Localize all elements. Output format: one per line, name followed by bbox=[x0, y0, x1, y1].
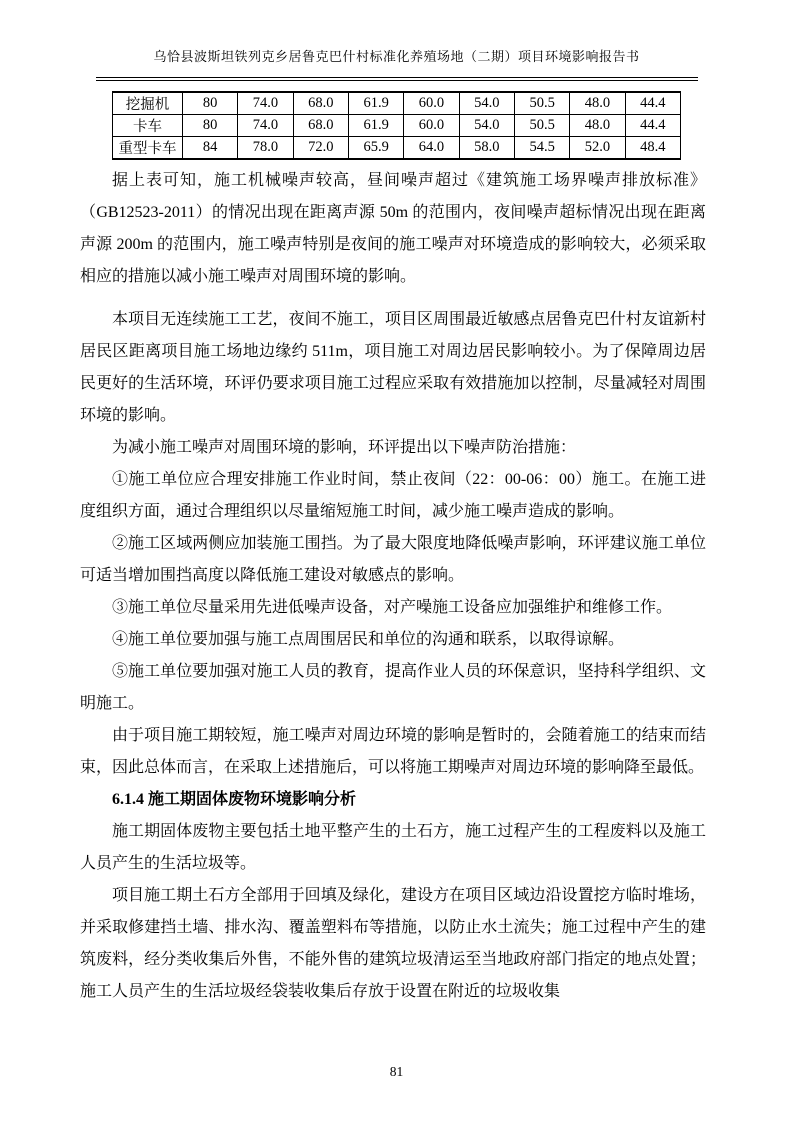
table-cell: 64.0 bbox=[404, 137, 459, 160]
table-cell: 68.0 bbox=[293, 115, 348, 137]
table-cell: 80 bbox=[183, 115, 238, 137]
paragraph-solid-waste-types: 施工期固体废物主要包括土地平整产生的土石方，施工过程产生的工程废料以及施工人员产… bbox=[80, 816, 706, 880]
table-cell: 74.0 bbox=[238, 115, 293, 137]
table-cell: 68.0 bbox=[293, 92, 348, 115]
table-cell: 48.0 bbox=[570, 115, 625, 137]
paragraph-measure-3: ③施工单位尽量采用先进低噪声设备，对产噪施工设备应加强维护和维修工作。 bbox=[80, 592, 706, 624]
table-cell: 48.0 bbox=[570, 92, 625, 115]
paragraph-measure-5: ⑤施工单位要加强对施工人员的教育，提高作业人员的环保意识，坚持科学组织、文明施工… bbox=[80, 656, 706, 720]
table-cell: 54.0 bbox=[459, 92, 514, 115]
table-cell: 50.5 bbox=[514, 92, 569, 115]
table-cell: 58.0 bbox=[459, 137, 514, 160]
table-cell: 48.4 bbox=[625, 137, 680, 160]
paragraph-solid-waste-disposal: 项目施工期土石方全部用于回填及绿化，建设方在项目区域边沿设置挖方临时堆场，并采取… bbox=[80, 880, 706, 1008]
table-cell: 60.0 bbox=[404, 92, 459, 115]
paragraph-measure-1: ①施工单位应合理安排施工作业时间，禁止夜间（22：00-06：00）施工。在施工… bbox=[80, 464, 706, 528]
table-row-truck: 卡车 80 74.0 68.0 61.9 60.0 54.0 50.5 48.0… bbox=[113, 115, 681, 137]
table-cell-label: 挖掘机 bbox=[113, 92, 183, 115]
table-cell: 84 bbox=[183, 137, 238, 160]
table-cell: 54.0 bbox=[459, 115, 514, 137]
table-cell-label: 卡车 bbox=[113, 115, 183, 137]
noise-attenuation-table: 挖掘机 80 74.0 68.0 61.9 60.0 54.0 50.5 48.… bbox=[112, 91, 681, 160]
table-cell: 80 bbox=[183, 92, 238, 115]
document-page: 乌恰县波斯坦铁列克乡居鲁克巴什村标准化养殖场地（二期）项目环境影响报告书 挖掘机… bbox=[0, 0, 793, 1122]
paragraph-project-schedule: 本项目无连续施工工艺，夜间不施工，项目区周围最近敏感点居鲁克巴什村友谊新村居民区… bbox=[80, 304, 706, 432]
table-cell-label: 重型卡车 bbox=[113, 137, 183, 160]
table-cell: 54.5 bbox=[514, 137, 569, 160]
section-heading-6-1-4: 6.1.4 施工期固体废物环境影响分析 bbox=[80, 784, 706, 816]
header-double-rule bbox=[96, 77, 698, 81]
table-cell: 44.4 bbox=[625, 115, 680, 137]
table-cell: 72.0 bbox=[293, 137, 348, 160]
table-cell: 60.0 bbox=[404, 115, 459, 137]
table-cell: 78.0 bbox=[238, 137, 293, 160]
paragraph-measure-2: ②施工区域两侧应加装施工围挡。为了最大限度地降低噪声影响，环评建议施工单位可适当… bbox=[80, 528, 706, 592]
table-cell: 74.0 bbox=[238, 92, 293, 115]
table-row-heavy-truck: 重型卡车 84 78.0 72.0 65.9 64.0 58.0 54.5 52… bbox=[113, 137, 681, 160]
table-cell: 50.5 bbox=[514, 115, 569, 137]
report-header-title: 乌恰县波斯坦铁列克乡居鲁克巴什村标准化养殖场地（二期）项目环境影响报告书 bbox=[0, 0, 793, 64]
table-cell: 52.0 bbox=[570, 137, 625, 160]
table-cell: 61.9 bbox=[348, 115, 403, 137]
body-content: 据上表可知，施工机械噪声较高，昼间噪声超过《建筑施工场界噪声排放标准》（GB12… bbox=[0, 160, 793, 1008]
table-row-excavator: 挖掘机 80 74.0 68.0 61.9 60.0 54.0 50.5 48.… bbox=[113, 92, 681, 115]
page-number: 81 bbox=[390, 1064, 404, 1079]
page-footer: 81 bbox=[0, 1064, 793, 1080]
table-cell: 65.9 bbox=[348, 137, 403, 160]
table-cell: 44.4 bbox=[625, 92, 680, 115]
paragraph-measure-4: ④施工单位要加强与施工点周围居民和单位的沟通和联系，以取得谅解。 bbox=[80, 624, 706, 656]
paragraph-noise-conclusion: 由于项目施工期较短，施工噪声对周边环境的影响是暂时的，会随着施工的结束而结束，因… bbox=[80, 720, 706, 784]
paragraph-noise-summary: 据上表可知，施工机械噪声较高，昼间噪声超过《建筑施工场界噪声排放标准》（GB12… bbox=[80, 165, 706, 293]
table-cell: 61.9 bbox=[348, 92, 403, 115]
paragraph-measures-intro: 为减小施工噪声对周围环境的影响，环评提出以下噪声防治措施： bbox=[80, 432, 706, 464]
